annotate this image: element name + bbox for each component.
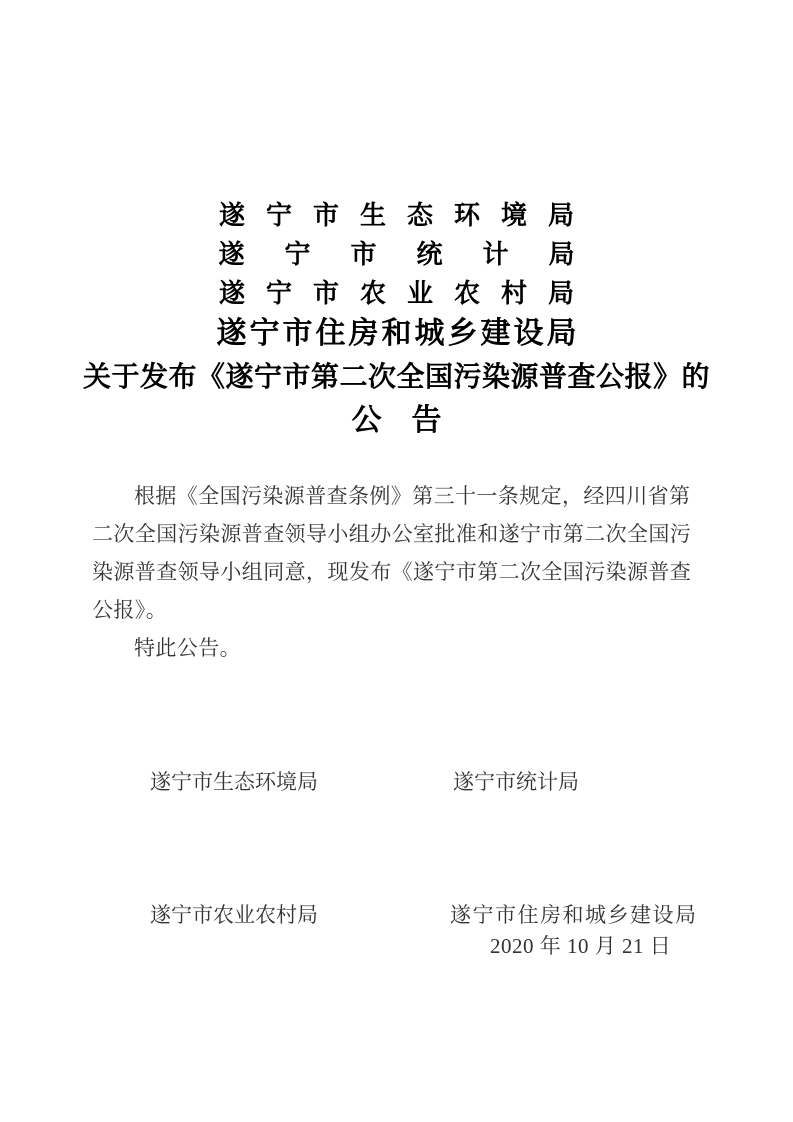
document-page: 遂宁市生态环境局 遂宁市统计局 遂宁市农业农村局 遂宁市住房和城乡建设局 关于发… xyxy=(0,0,793,1122)
signature-agriculture-rural-bureau: 遂宁市农业农村局 xyxy=(150,903,318,927)
document-type-title: 公 告 xyxy=(0,399,793,443)
signature-eco-environment-bureau: 遂宁市生态环境局 xyxy=(150,770,318,794)
issuer-line-agriculture-rural-bureau: 遂宁市农业农村局 xyxy=(0,274,793,313)
document-body: 根据《全国污染源普查条例》第三十一条规定，经四川省第 二次全国污染源普查领导小组… xyxy=(92,477,698,667)
body-line-4: 公报》。 xyxy=(92,591,698,629)
body-closing-line: 特此公告。 xyxy=(92,629,698,667)
signature-date: 2020 年 10 月 21 日 xyxy=(490,934,671,958)
issuer-line-eco-environment-bureau: 遂宁市生态环境局 xyxy=(0,196,793,235)
issuer-line-housing-urban-rural-bureau: 遂宁市住房和城乡建设局 xyxy=(0,313,793,355)
issuer-line-statistics-bureau: 遂宁市统计局 xyxy=(0,235,793,274)
signature-housing-urban-rural-bureau: 遂宁市住房和城乡建设局 xyxy=(450,903,698,927)
body-line-1: 根据《全国污染源普查条例》第三十一条规定，经四川省第 xyxy=(92,477,698,515)
body-line-3: 染源普查领导小组同意，现发布《遂宁市第二次全国污染源普查 xyxy=(92,553,698,591)
signature-statistics-bureau: 遂宁市统计局 xyxy=(453,770,579,794)
body-line-2: 二次全国污染源普查领导小组办公室批准和遂宁市第二次全国污 xyxy=(92,515,698,553)
document-subject-title: 关于发布《遂宁市第二次全国污染源普查公报》的 xyxy=(0,355,793,399)
document-header: 遂宁市生态环境局 遂宁市统计局 遂宁市农业农村局 遂宁市住房和城乡建设局 关于发… xyxy=(0,196,793,443)
